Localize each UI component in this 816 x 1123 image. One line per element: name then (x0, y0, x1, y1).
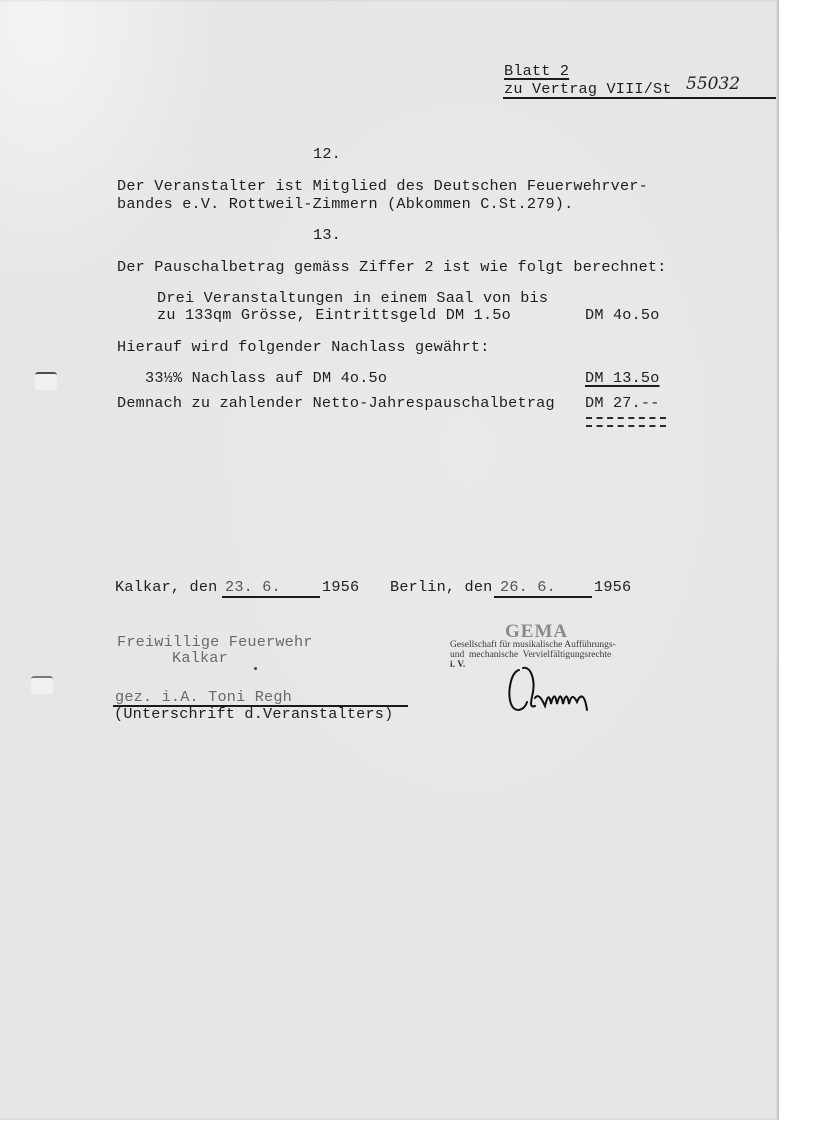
contract-reference: zu Vertrag VIII/St (504, 80, 672, 98)
right-date: 26. 6. (500, 578, 556, 596)
organizer-city: Kalkar (172, 649, 228, 667)
left-place: Kalkar, den (115, 578, 217, 596)
document-page: Blatt 2 zu Vertrag VIII/St 55032 12. Der… (0, 0, 779, 1120)
calculation-line-1: Drei Veranstaltungen in einem Saal von b… (157, 289, 548, 307)
section-number-12: 12. (313, 145, 341, 163)
total-double-underline (586, 417, 666, 427)
left-year: 1956 (322, 578, 359, 596)
punch-hole-upper (35, 372, 57, 390)
section-12-line-1: Der Veranstalter ist Mitglied des Deutsc… (117, 177, 648, 195)
net-amount: DM 27.-- (585, 394, 660, 412)
handwritten-contract-number: 55032 (686, 74, 740, 94)
sheet-label: Blatt 2 (504, 62, 569, 80)
organizer-signed-by: gez. i.A. Toni Regh (115, 688, 292, 706)
discount-line: 33⅓% Nachlass auf DM 4o.5o (145, 369, 387, 387)
calculation-amount: DM 4o.5o (585, 306, 660, 324)
right-date-underline (494, 596, 592, 598)
ink-dot (254, 667, 257, 670)
section-number-13: 13. (313, 226, 341, 244)
section-12-line-2: bandes e.V. Rottweil-Zimmern (Abkommen C… (117, 195, 573, 213)
header-underline (503, 97, 776, 99)
gema-stamp-line-2: und mechanische Vervielfältigungsrechte (450, 650, 611, 660)
calculation-intro: Der Pauschalbetrag gemäss Ziffer 2 ist w… (117, 258, 667, 276)
discount-amount: DM 13.5o (585, 369, 660, 387)
left-date: 23. 6. (225, 578, 281, 596)
left-date-underline (222, 596, 320, 598)
discount-intro: Hierauf wird folgender Nachlass gewährt: (117, 338, 490, 356)
organizer-signature-caption: (Unterschrift d.Veranstalters) (114, 705, 393, 723)
gema-stamp-line-3: i. V. (450, 660, 465, 670)
right-year: 1956 (594, 578, 631, 596)
punch-hole-lower (31, 676, 53, 694)
right-place: Berlin, den (390, 578, 492, 596)
net-amount-label: Demnach zu zahlender Netto-Jahrespauscha… (117, 394, 555, 412)
calculation-line-2: zu 133qm Grösse, Eintrittsgeld DM 1.5o (157, 306, 511, 324)
gema-stamp-line-1: Gesellschaft für musikalische Aufführung… (450, 640, 616, 650)
gema-signature-scribble (505, 662, 605, 722)
